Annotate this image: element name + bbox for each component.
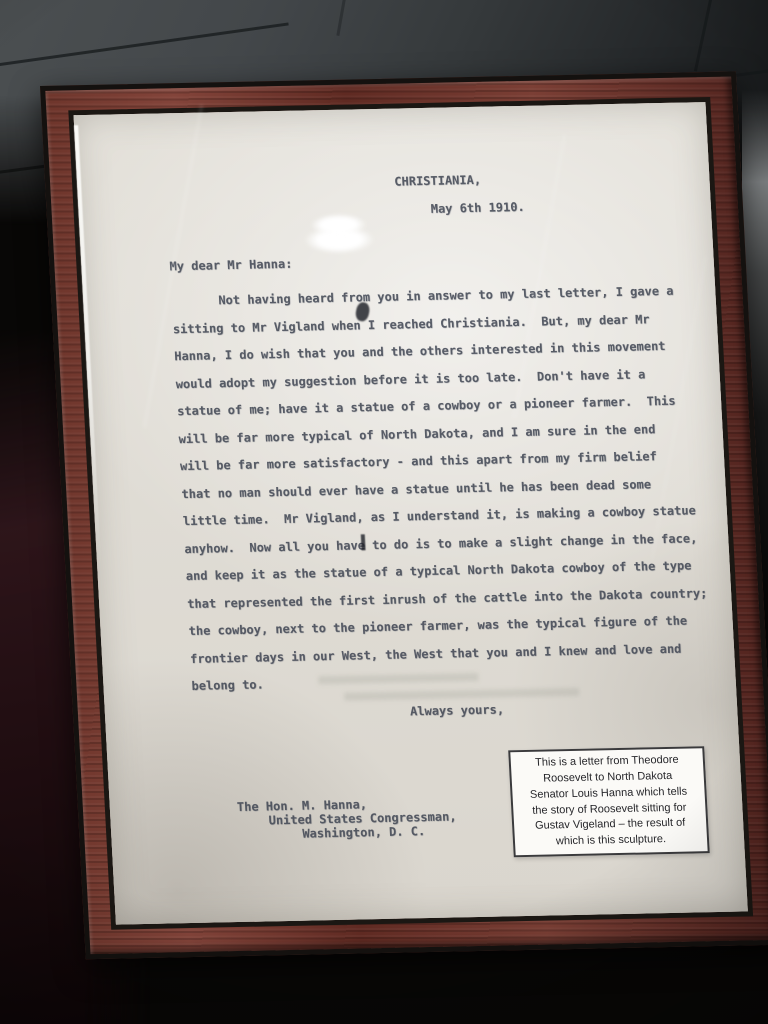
letter-place: CHRISTIANIA, xyxy=(394,173,481,189)
letter-closing: Always yours, xyxy=(410,702,505,718)
picture-frame: CHRISTIANIA, May 6th 1910. My dear Mr Ha… xyxy=(40,71,768,959)
letter-paper: CHRISTIANIA, May 6th 1910. My dear Mr Ha… xyxy=(74,102,748,925)
caption-label: This is a letter from TheodoreRoosevelt … xyxy=(508,746,710,857)
frame-glass: CHRISTIANIA, May 6th 1910. My dear Mr Ha… xyxy=(68,97,753,930)
ink-mark xyxy=(361,534,366,550)
letter-body: Not having heard from you in answer to m… xyxy=(171,277,713,700)
letter-salutation: My dear Mr Hanna: xyxy=(169,257,293,274)
caption-line: which is this sculpture. xyxy=(532,832,690,851)
ceiling-grid-line xyxy=(0,22,289,68)
letter-recipient-address: The Hon. M. Hanna,United States Congress… xyxy=(237,795,458,842)
caption-text: This is a letter from TheodoreRoosevelt … xyxy=(528,753,690,851)
recipient-address-line: Washington, D. C. xyxy=(302,823,458,840)
letter-date: May 6th 1910. xyxy=(430,200,525,216)
ceiling-grid-line xyxy=(694,0,713,71)
glass-reflection-blob xyxy=(303,213,375,256)
scene: CHRISTIANIA, May 6th 1910. My dear Mr Ha… xyxy=(0,0,768,1024)
ceiling-grid-line xyxy=(336,0,346,36)
